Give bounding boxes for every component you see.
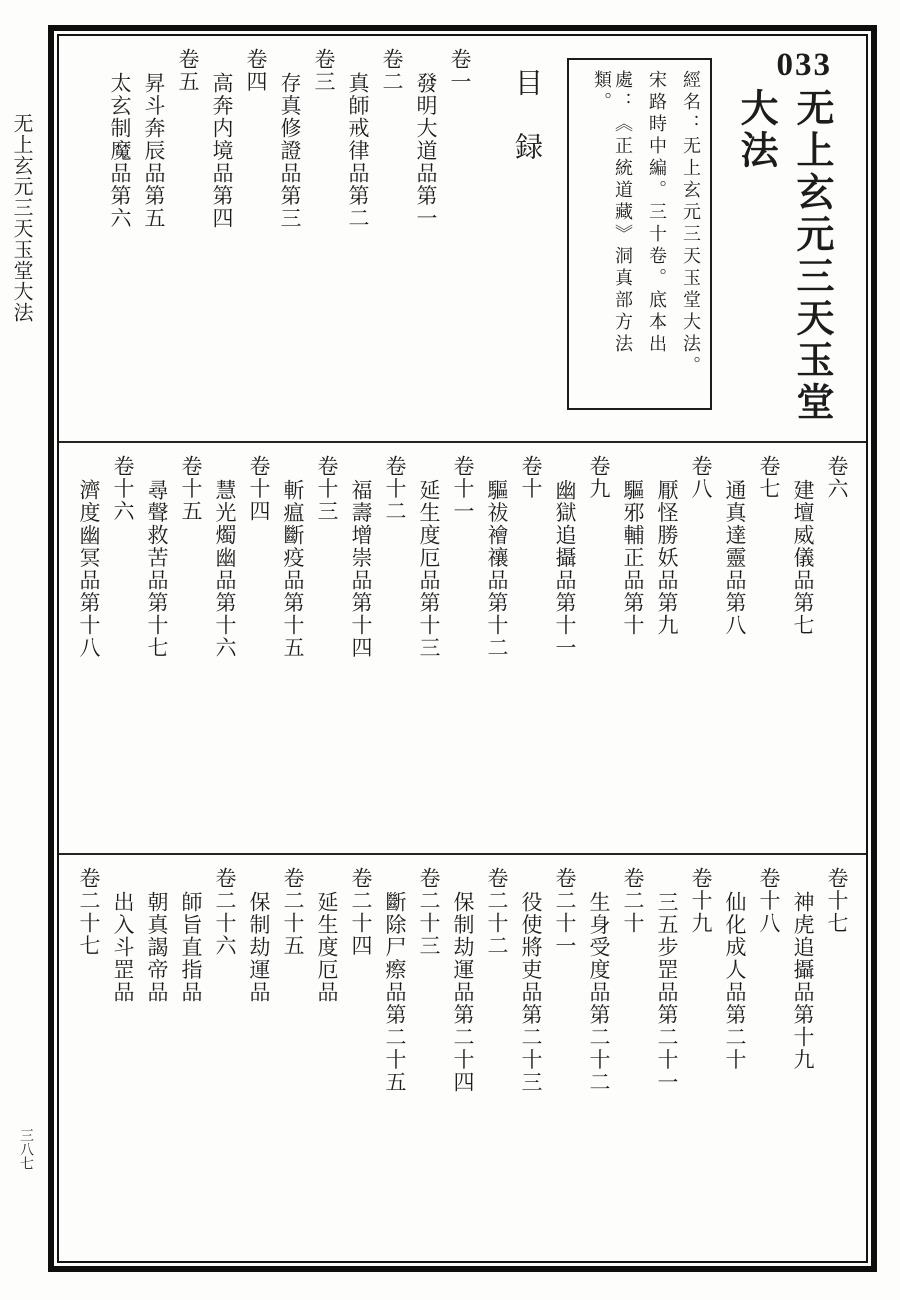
chapter-label: 慧光燭幽品第十六 xyxy=(214,455,236,847)
toc-entry: 卷十驅祓襘禳品第十二 xyxy=(486,455,542,847)
toc-entry: 卷十五尋聲救苦品第十七 xyxy=(146,455,202,847)
toc-heading: 目 録 xyxy=(511,48,541,435)
toc-entry: 卷一發明大道品第一 xyxy=(415,48,471,435)
volume-label: 卷二十二 xyxy=(486,867,508,1255)
colophon-line: 經名：无上玄元三天玉堂大法。 xyxy=(680,70,701,398)
chapter-label: 驅祓襘禳品第十二 xyxy=(486,455,508,847)
volume-label: 卷二十一 xyxy=(554,867,576,1255)
volume-label: 卷十五 xyxy=(180,455,202,847)
toc-entry: 卷二十五保制劫運品 xyxy=(248,867,304,1255)
toc-section-middle: 卷六建壇威儀品第七卷七通真達靈品第八卷八厭怪勝妖品第九驅邪輔正品第十卷九幽獄追攝… xyxy=(59,443,866,853)
volume-label: 卷八 xyxy=(690,455,712,847)
chapter-label: 濟度幽冥品第十八 xyxy=(78,455,100,847)
volume-label: 卷四 xyxy=(245,48,267,435)
chapter-label: 福壽增崇品第十四 xyxy=(350,455,372,847)
chapter-label: 三五步罡品第二十一 xyxy=(656,867,678,1255)
toc-entry: 卷六建壇威儀品第七 xyxy=(792,455,848,847)
chapter-label: 幽獄追攝品第十一 xyxy=(554,455,576,847)
chapter-label: 朝真謁帝品 xyxy=(146,867,168,1255)
scanned-page: 无上玄元三天玉堂大法 三八七 033 无上玄元三天玉堂 大法 經名：无上玄元三天… xyxy=(0,0,900,1300)
chapter-label: 通真達靈品第八 xyxy=(724,455,746,847)
volume-label: 卷十七 xyxy=(826,867,848,1255)
volume-label: 卷十八 xyxy=(758,867,780,1255)
toc-entry: 卷十七神虎追攝品第十九 xyxy=(792,867,848,1255)
chapter-label: 保制劫運品第二十四 xyxy=(452,867,474,1255)
volume-label: 卷二十 xyxy=(622,867,644,1255)
chapter-label: 真師戒律品第二 xyxy=(347,48,369,435)
toc-entry: 卷二十六師旨直指品朝真謁帝品出入斗罡品 xyxy=(112,867,236,1255)
chapter-label: 厭怪勝妖品第九 xyxy=(656,455,678,847)
volume-label: 卷二十七 xyxy=(78,867,100,1255)
chapter-label: 生身受度品第二十二 xyxy=(588,867,610,1255)
volume-label: 卷七 xyxy=(758,455,780,847)
chapter-label: 師旨直指品 xyxy=(180,867,202,1255)
toc-section-bottom: 卷十七神虎追攝品第十九卷十八仙化成人品第二十卷十九三五步罡品第二十一卷二十生身受… xyxy=(59,855,866,1261)
volume-label: 卷十九 xyxy=(690,867,712,1255)
volume-label: 卷十六 xyxy=(112,455,134,847)
chapter-label: 尋聲救苦品第十七 xyxy=(146,455,168,847)
volume-label: 卷十四 xyxy=(248,455,270,847)
chapter-label: 斷除尸瘵品第二十五 xyxy=(384,867,406,1255)
folio-number: 三八七 xyxy=(16,1128,34,1170)
toc-entries: 卷十七神虎追攝品第十九卷十八仙化成人品第二十卷十九三五步罡品第二十一卷二十生身受… xyxy=(78,867,848,1255)
colophon-line: 宋路時中編。三十卷。底本出 xyxy=(646,70,667,398)
toc-entry: 卷十三斬瘟斷疫品第十五 xyxy=(282,455,338,847)
volume-label: 卷二 xyxy=(381,48,403,435)
toc-entry: 卷二十一役使將吏品第二十三 xyxy=(520,867,576,1255)
toc-entry: 卷二十七 xyxy=(78,867,100,1255)
catalog-number: 033 xyxy=(777,47,833,83)
toc-entry: 卷九幽獄追攝品第十一 xyxy=(554,455,610,847)
volume-label: 卷九 xyxy=(588,455,610,847)
toc-entry: 卷二十三斷除尸瘵品第二十五 xyxy=(384,867,440,1255)
volume-label: 卷五 xyxy=(177,48,199,435)
toc-entries: 卷一發明大道品第一卷二真師戒律品第二卷三存真修證品第三卷四高奔内境品第四卷五昇斗… xyxy=(109,48,471,435)
toc-entry: 卷四高奔内境品第四 xyxy=(211,48,267,435)
toc-entry: 卷五昇斗奔辰品第五太玄制魔品第六 xyxy=(109,48,199,435)
chapter-label: 高奔内境品第四 xyxy=(211,48,233,435)
chapter-label: 驅邪輔正品第十 xyxy=(622,455,644,847)
volume-label: 卷一 xyxy=(449,48,471,435)
chapter-label: 役使將吏品第二十三 xyxy=(520,867,542,1255)
volume-label: 卷十 xyxy=(520,455,542,847)
toc-entry: 卷十六濟度幽冥品第十八 xyxy=(78,455,134,847)
toc-entry: 卷二真師戒律品第二 xyxy=(347,48,403,435)
toc-entry: 卷十四慧光燭幽品第十六 xyxy=(214,455,270,847)
toc-entry: 卷三存真修證品第三 xyxy=(279,48,335,435)
toc-entry: 卷二十四延生度厄品 xyxy=(316,867,372,1255)
volume-label: 卷十一 xyxy=(452,455,474,847)
volume-label: 卷二十五 xyxy=(282,867,304,1255)
chapter-label: 仙化成人品第二十 xyxy=(724,867,746,1255)
toc-entry: 卷八厭怪勝妖品第九驅邪輔正品第十 xyxy=(622,455,712,847)
toc-entry: 卷十一延生度厄品第十三 xyxy=(418,455,474,847)
page-frame: 033 无上玄元三天玉堂 大法 經名：无上玄元三天玉堂大法。 宋路時中編。三十卷… xyxy=(48,25,877,1272)
chapter-label: 延生度厄品 xyxy=(316,867,338,1255)
page-frame-inner: 033 无上玄元三天玉堂 大法 經名：无上玄元三天玉堂大法。 宋路時中編。三十卷… xyxy=(57,34,868,1263)
volume-label: 卷二十六 xyxy=(214,867,236,1255)
spine-title: 无上玄元三天玉堂大法 xyxy=(9,113,33,323)
chapter-label: 斬瘟斷疫品第十五 xyxy=(282,455,304,847)
volume-label: 卷二十三 xyxy=(418,867,440,1255)
volume-label: 卷三 xyxy=(313,48,335,435)
book-title-line: 大法 xyxy=(732,48,778,435)
toc-section-top: 无上玄元三天玉堂 大法 經名：无上玄元三天玉堂大法。 宋路時中編。三十卷。底本出… xyxy=(59,36,866,441)
volume-label: 卷二十四 xyxy=(350,867,372,1255)
chapter-label: 存真修證品第三 xyxy=(279,48,301,435)
book-title: 无上玄元三天玉堂 大法 xyxy=(732,48,834,435)
volume-label: 卷十二 xyxy=(384,455,406,847)
toc-entry: 卷十八仙化成人品第二十 xyxy=(724,867,780,1255)
chapter-label: 延生度厄品第十三 xyxy=(418,455,440,847)
toc-entry: 卷二十生身受度品第二十二 xyxy=(588,867,644,1255)
toc-entry: 卷七通真達靈品第八 xyxy=(724,455,780,847)
chapter-label: 太玄制魔品第六 xyxy=(109,48,131,435)
colophon-box: 經名：无上玄元三天玉堂大法。 宋路時中編。三十卷。底本出 處：《正統道藏》洞真部… xyxy=(567,58,712,410)
chapter-label: 保制劫運品 xyxy=(248,867,270,1255)
chapter-label: 發明大道品第一 xyxy=(415,48,437,435)
chapter-label: 昇斗奔辰品第五 xyxy=(143,48,165,435)
book-title-line: 无上玄元三天玉堂 xyxy=(788,48,834,435)
toc-entry: 卷十二福壽增崇品第十四 xyxy=(350,455,406,847)
chapter-label: 神虎追攝品第十九 xyxy=(792,867,814,1255)
chapter-label: 出入斗罡品 xyxy=(112,867,134,1255)
chapter-label: 建壇威儀品第七 xyxy=(792,455,814,847)
toc-entry: 卷二十二保制劫運品第二十四 xyxy=(452,867,508,1255)
toc-entry: 卷十九三五步罡品第二十一 xyxy=(656,867,712,1255)
colophon-line: 處：《正統道藏》洞真部方法類。 xyxy=(591,70,633,398)
toc-entries: 卷六建壇威儀品第七卷七通真達靈品第八卷八厭怪勝妖品第九驅邪輔正品第十卷九幽獄追攝… xyxy=(78,455,848,847)
volume-label: 卷十三 xyxy=(316,455,338,847)
volume-label: 卷六 xyxy=(826,455,848,847)
